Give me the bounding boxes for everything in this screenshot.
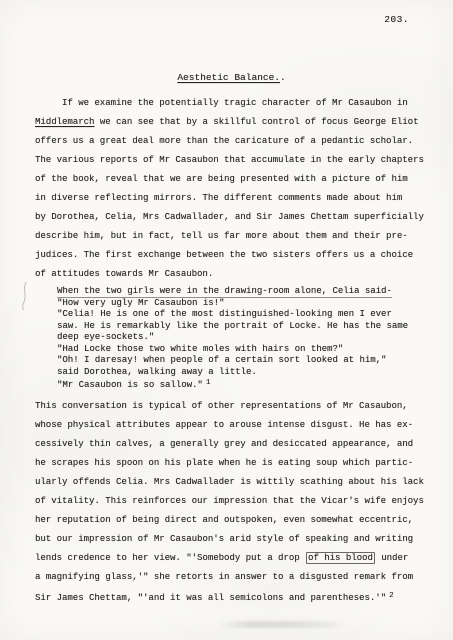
margin-pencil-mark bbox=[18, 280, 32, 312]
text-line: offers us a great deal more than the car… bbox=[35, 132, 428, 151]
text-line: "Celia! He is one of the most distinguis… bbox=[57, 309, 428, 321]
text-line: deep eye-sockets." bbox=[57, 332, 428, 344]
page-content: Aesthetic Balance.. If we examine the po… bbox=[35, 72, 428, 608]
section-heading-suffix: . bbox=[280, 72, 286, 83]
text-line: but our impression of Mr Casaubon's arid… bbox=[35, 530, 428, 549]
text-line: of attitudes towards Mr Casaubon. bbox=[35, 265, 428, 284]
text-line-rest: we can see that by a skillful control of… bbox=[94, 117, 418, 127]
text-line: by Dorothea, Celia, Mrs Cadwallader, and… bbox=[35, 208, 428, 227]
text-line: whose physical attributes appear to arou… bbox=[35, 416, 428, 435]
boxed-phrase: of his blood bbox=[306, 552, 375, 564]
footnote-reference-2: 2 bbox=[389, 592, 394, 600]
text-line: "Oh! I daresay! when people of a certain… bbox=[57, 355, 428, 367]
footnote-reference-1: 1 bbox=[206, 379, 211, 387]
text-line: Middlemarch we can see that by a skillfu… bbox=[35, 113, 428, 132]
text-line: "How very ugly Mr Casaubon is!" bbox=[57, 298, 428, 310]
quote-last-text: "Mr Casaubon is so sallow." bbox=[57, 380, 203, 390]
text-line: ularly offends Celia. Mrs Cadwallader is… bbox=[35, 473, 428, 492]
text-line: he scrapes his spoon on his plate when h… bbox=[35, 454, 428, 473]
text-line: When the two girls were in the drawing-r… bbox=[57, 286, 428, 298]
scanned-page: 203. Aesthetic Balance.. If we examine t… bbox=[0, 0, 453, 640]
text-line: Sir James Chettam, "'and it was all semi… bbox=[35, 587, 428, 608]
text-line: of vitality. This reinforces our impress… bbox=[35, 492, 428, 511]
text-line: "Mr Casaubon is so sallow."1 bbox=[57, 378, 428, 392]
page-number: 203. bbox=[384, 14, 409, 25]
paragraph-1: If we examine the potentially tragic cha… bbox=[35, 94, 428, 284]
text-line: The various reports of Mr Casaubon that … bbox=[35, 151, 428, 170]
section-heading: Aesthetic Balance.. bbox=[35, 72, 428, 84]
text-line: in diverse reflecting mirrors. The diffe… bbox=[35, 189, 428, 208]
text-line: said Dorothea, walking away a little. bbox=[57, 367, 428, 379]
block-quote: When the two girls were in the drawing-r… bbox=[57, 286, 428, 392]
text-line: "Had Locke those two white moles with ha… bbox=[57, 344, 428, 356]
text-line: of the book, reveal that we are being pr… bbox=[35, 170, 428, 189]
text-line: lends credence to her view. "'Somebody p… bbox=[35, 549, 428, 568]
quote-underlined-line: When the two girls were in the drawing-r… bbox=[57, 286, 392, 298]
text-line: a magnifying glass,'" she retorts in ans… bbox=[35, 568, 428, 587]
text-line: her reputation of being direct and outsp… bbox=[35, 511, 428, 530]
book-title: Middlemarch bbox=[35, 117, 94, 127]
paragraph-last-text: Sir James Chettam, "'and it was all semi… bbox=[35, 593, 386, 603]
blood-line-before: lends credence to her view. "'Somebody p… bbox=[35, 553, 305, 563]
text-line: If we examine the potentially tragic cha… bbox=[35, 94, 428, 113]
blood-line-after: under bbox=[376, 553, 408, 563]
text-line: judices. The first exchange between the … bbox=[35, 246, 428, 265]
paragraph-2: This conversation is typical of other re… bbox=[35, 397, 428, 608]
bleed-through-smudge bbox=[218, 621, 348, 628]
text-line: This conversation is typical of other re… bbox=[35, 397, 428, 416]
text-line: cessively thin calves, a generally grey … bbox=[35, 435, 428, 454]
text-line: saw. He is remarkably like the portrait … bbox=[57, 321, 428, 333]
text-line: describe him, but in fact, tell us far m… bbox=[35, 227, 428, 246]
section-heading-text: Aesthetic Balance. bbox=[177, 72, 280, 83]
